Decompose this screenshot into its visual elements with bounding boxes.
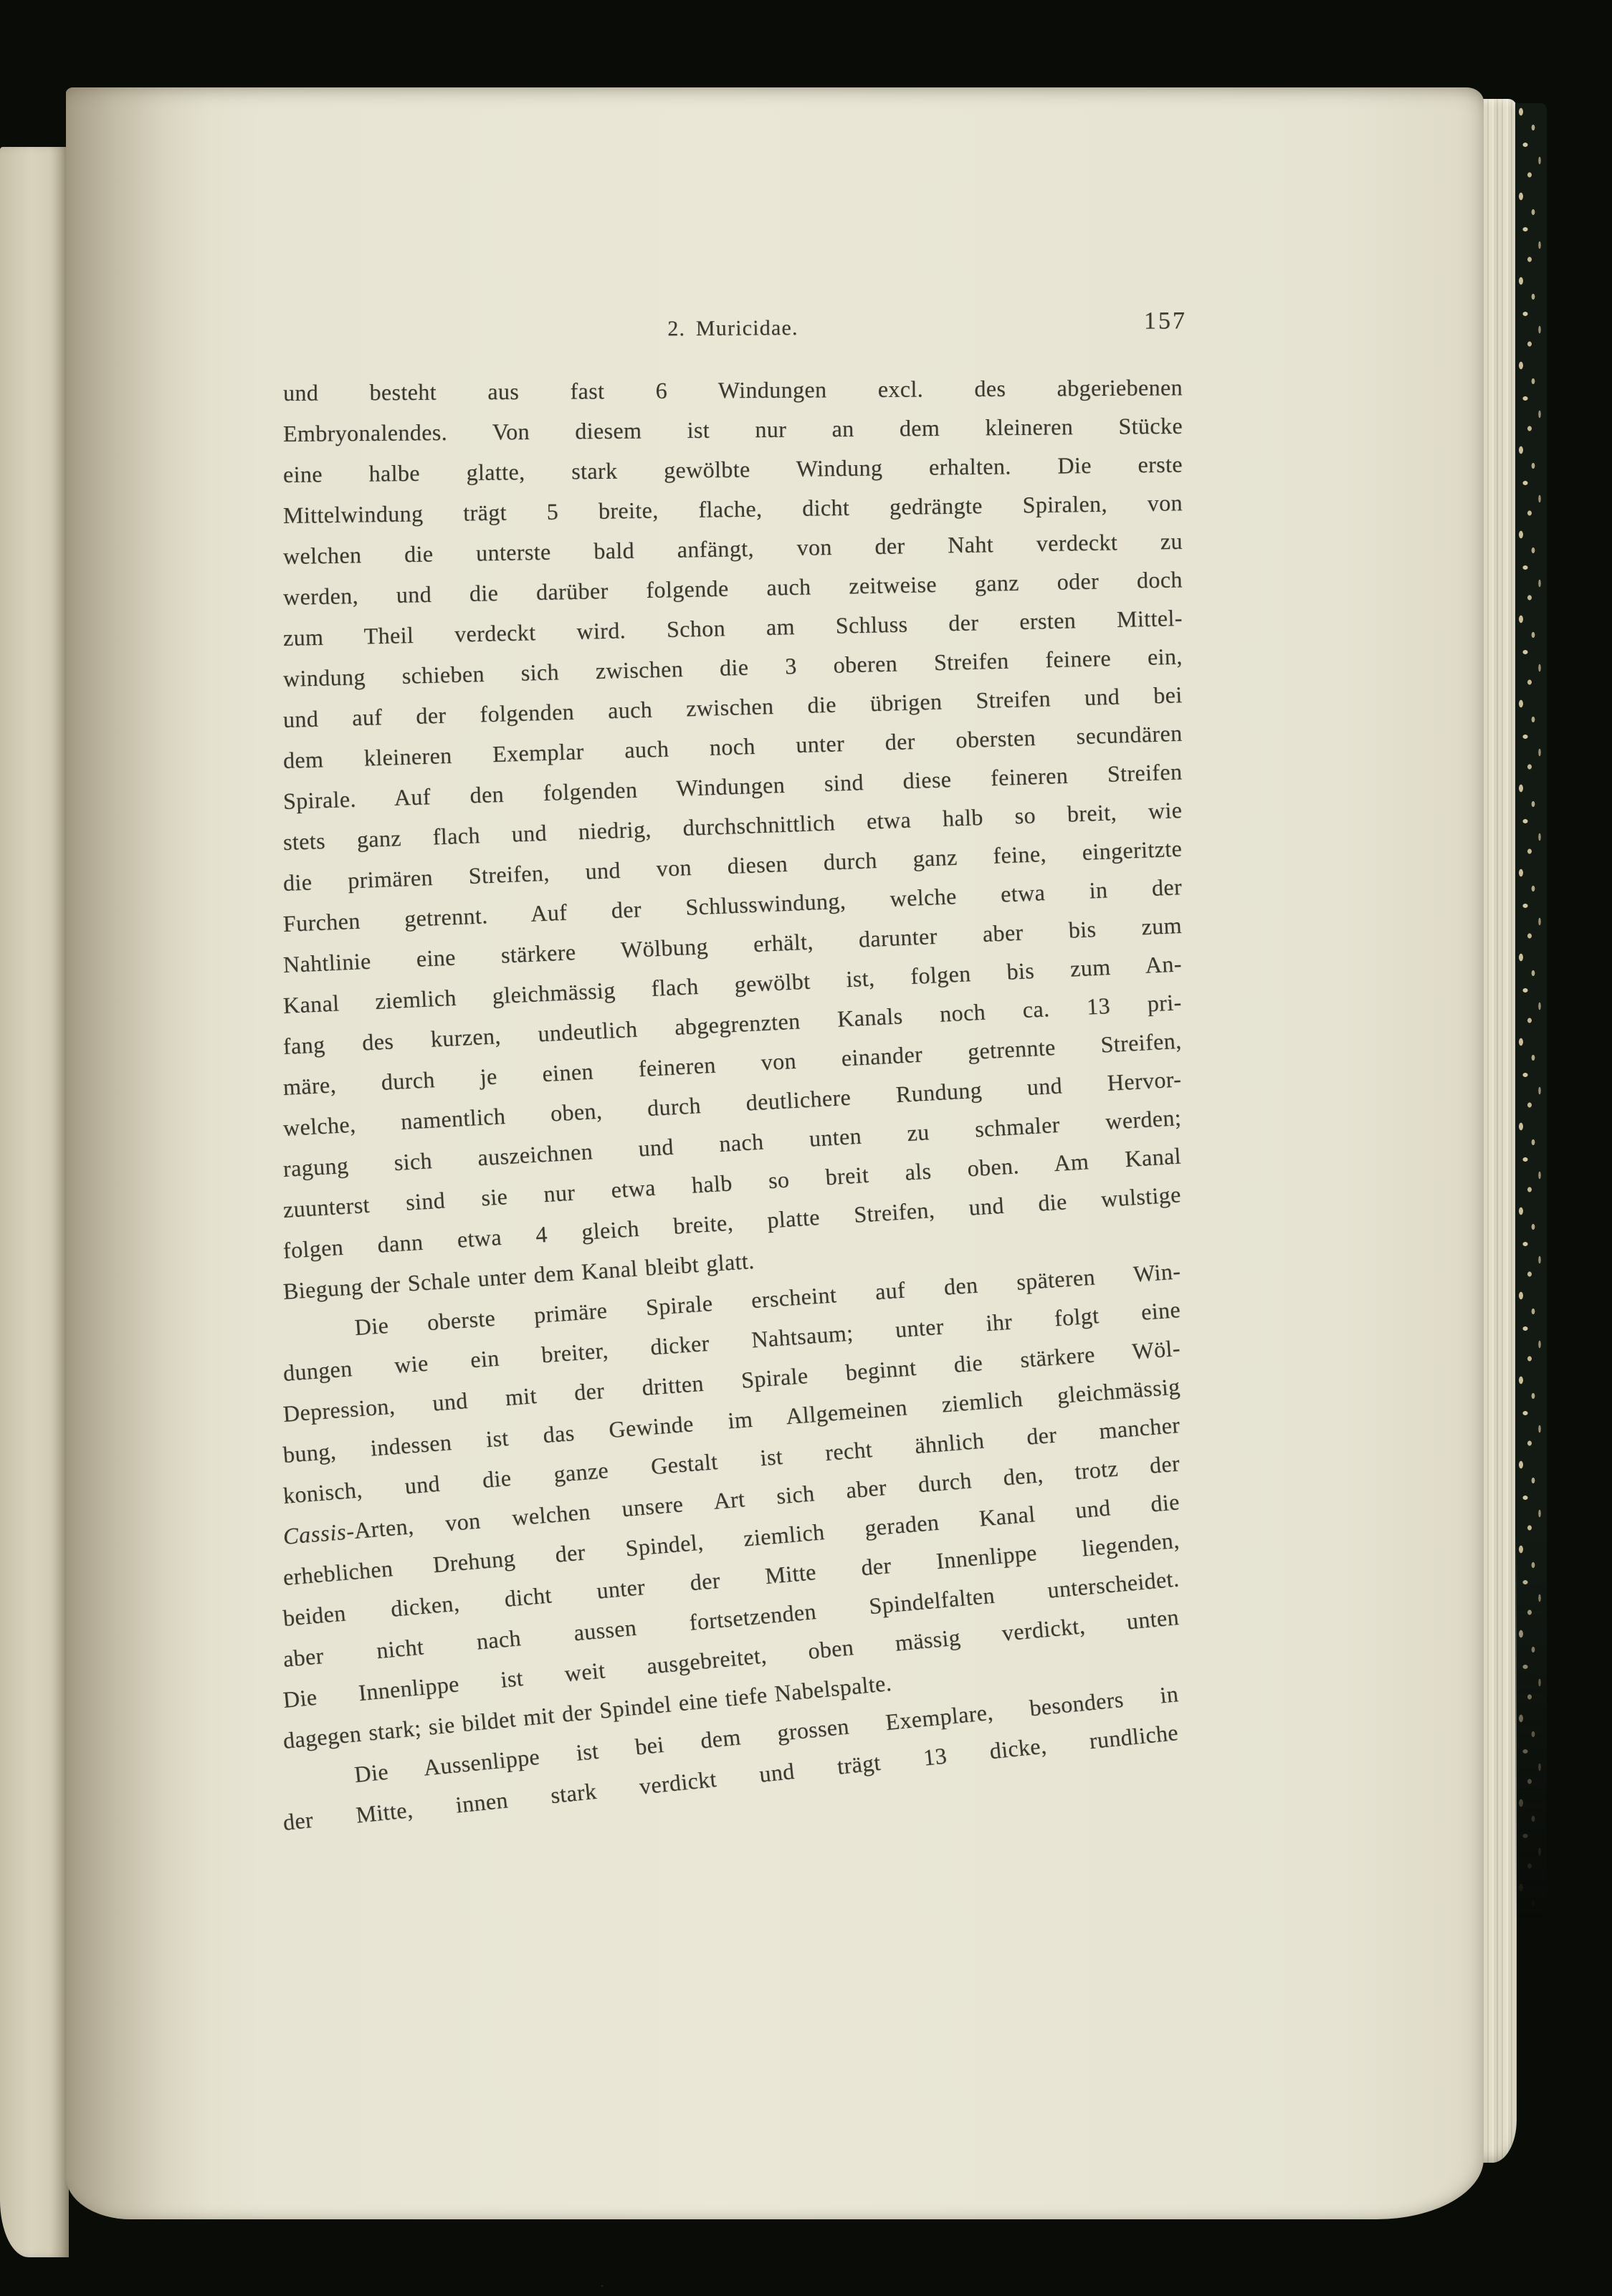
page-number: 157 (1144, 307, 1187, 335)
running-title: 2. Muricidae. (667, 316, 798, 341)
page-stack-edge (1478, 99, 1517, 2163)
page-content: 2. Muricidae. 157 und besteht aus fast 6… (283, 315, 1183, 1843)
page-header: 2. Muricidae. 157 (283, 309, 1183, 353)
facing-page-edge (0, 147, 69, 2257)
body-text: und besteht aus fast 6 Windungen excl. d… (283, 373, 1183, 1843)
fore-edge-marble (1515, 103, 1547, 1938)
book-scan: 2. Muricidae. 157 und besteht aus fast 6… (0, 0, 1612, 2296)
gutter-shadow (66, 87, 209, 2219)
